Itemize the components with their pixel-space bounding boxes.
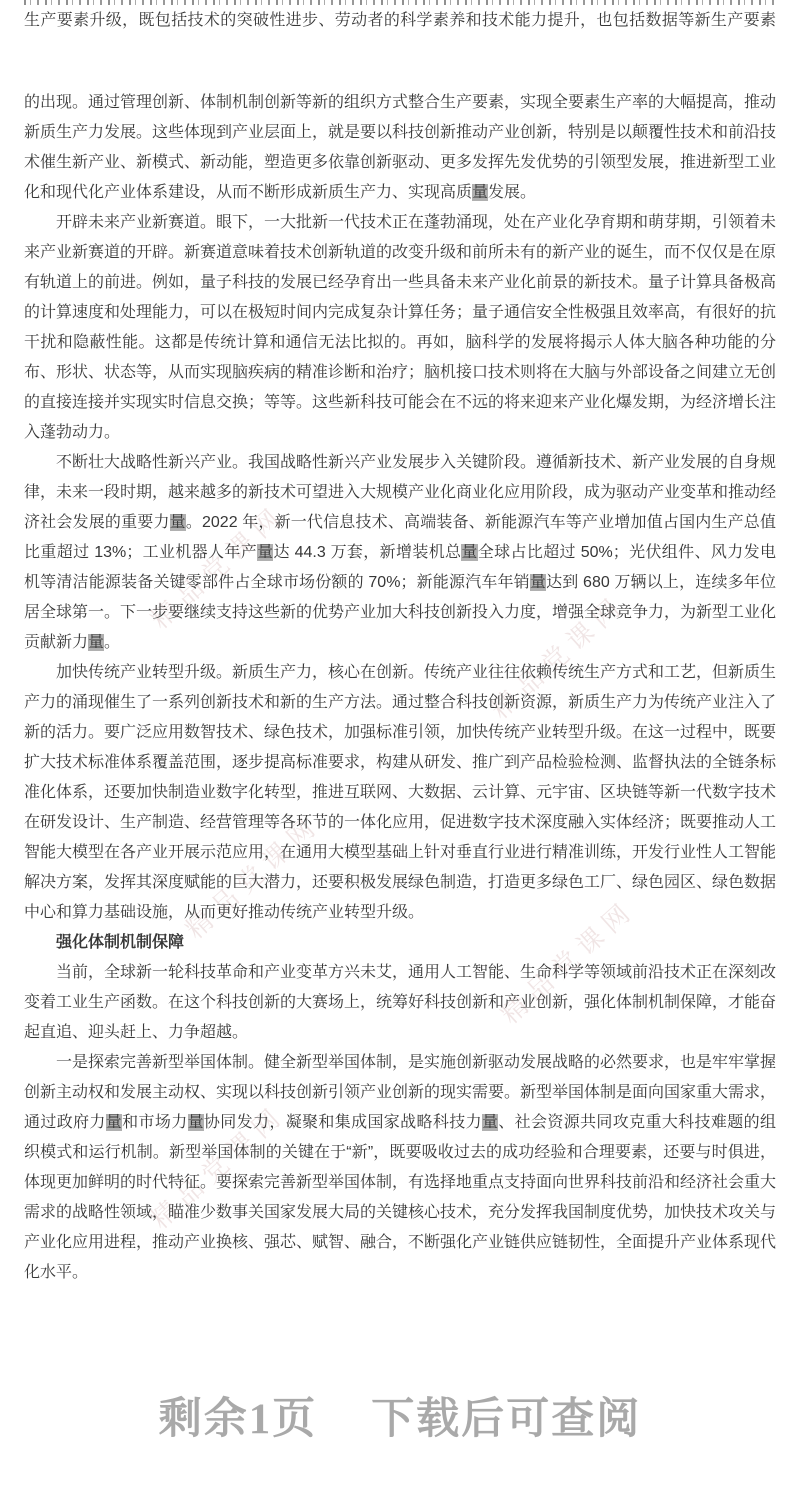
highlighted-char: 量 — [482, 1114, 498, 1131]
highlighted-char: 量 — [472, 184, 488, 201]
text-run: 和市场力 — [122, 1114, 187, 1131]
paragraph-juguo-system: 一是探索完善新型举国体制。健全新型举国体制，是实施创新驱动发展战略的必然要求，也… — [24, 1048, 776, 1288]
text-run: 当前，全球新一轮科技革命和产业变革方兴未艾，通用人工智能、生命科学等领域前沿技术… — [24, 964, 776, 1041]
highlighted-char: 量 — [106, 1114, 122, 1131]
text-run: 加快传统产业转型升级。新质生产力，核心在创新。传统产业往往依赖传统生产方式和工艺… — [24, 664, 776, 921]
download-to-view-label: 下载后可查阅 — [371, 1392, 641, 1448]
paragraph-future-track: 开辟未来产业新赛道。眼下，一大批新一代技术正在蓬勃涌现，处在产业化孕育期和萌芽期… — [24, 208, 776, 448]
text-run: 。 — [104, 634, 120, 651]
text-run: 协同发力，凝聚和集成国家战略科技力 — [204, 1114, 482, 1131]
text-run: 的出现。通过管理创新、体制机制创新等新的组织方式整合生产要素，实现全要素生产率的… — [24, 94, 776, 201]
highlighted-char: 量 — [188, 1114, 204, 1131]
text-run: 达 44.3 万套，新增装机总 — [273, 544, 461, 561]
paragraph-factors-line: 生产要素升级，既包括技术的突破性进步、劳动者的科学素养和技术能力提升，也包括数据… — [24, 6, 776, 36]
highlighted-char: 量 — [530, 574, 546, 591]
clipped-text-line — [24, 0, 776, 5]
remaining-pages-banner: 剩余1页 下载后可查阅 — [0, 1392, 800, 1448]
paragraph-factors-continued: 的出现。通过管理创新、体制机制创新等新的组织方式整合生产要素，实现全要素生产率的… — [24, 88, 776, 208]
highlighted-char: 量 — [257, 544, 273, 561]
page-break-gap — [24, 36, 776, 88]
highlighted-char: 量 — [88, 634, 104, 651]
paragraph-traditional-upgrade: 加快传统产业转型升级。新质生产力，核心在创新。传统产业往往依赖传统生产方式和工艺… — [24, 658, 776, 928]
document-page: 精品党课网 精品党课网 精品党课网 精品党课网 精品党课网 生产要素升级，既包括… — [0, 0, 800, 1508]
paragraph-current-situation: 当前，全球新一轮科技革命和产业变革方兴未艾，通用人工智能、生命科学等领域前沿技术… — [24, 958, 776, 1048]
paragraph-strategic-industries: 不断壮大战略性新兴产业。我国战略性新兴产业发展步入关键阶段。遵循新技术、新产业发… — [24, 448, 776, 658]
text-run: 开辟未来产业新赛道。眼下，一大批新一代技术正在蓬勃涌现，处在产业化孕育期和萌芽期… — [24, 214, 776, 441]
highlighted-char: 量 — [461, 544, 477, 561]
text-run: 发展。 — [488, 184, 536, 201]
remaining-pages-label: 剩余1页 — [159, 1392, 318, 1448]
highlighted-char: 量 — [170, 514, 186, 531]
text-run: 生产要素升级，既包括技术的突破性进步、劳动者的科学素养和技术能力提升，也包括数据… — [24, 12, 776, 29]
section-heading-mechanism: 强化体制机制保障 — [24, 928, 776, 958]
text-run: 、社会资源共同攻克重大科技难题的组织模式和运行机制。新型举国体制的关键在于“新”… — [24, 1114, 776, 1281]
document-text-column: 生产要素升级，既包括技术的突破性进步、劳动者的科学素养和技术能力提升，也包括数据… — [0, 0, 800, 1288]
